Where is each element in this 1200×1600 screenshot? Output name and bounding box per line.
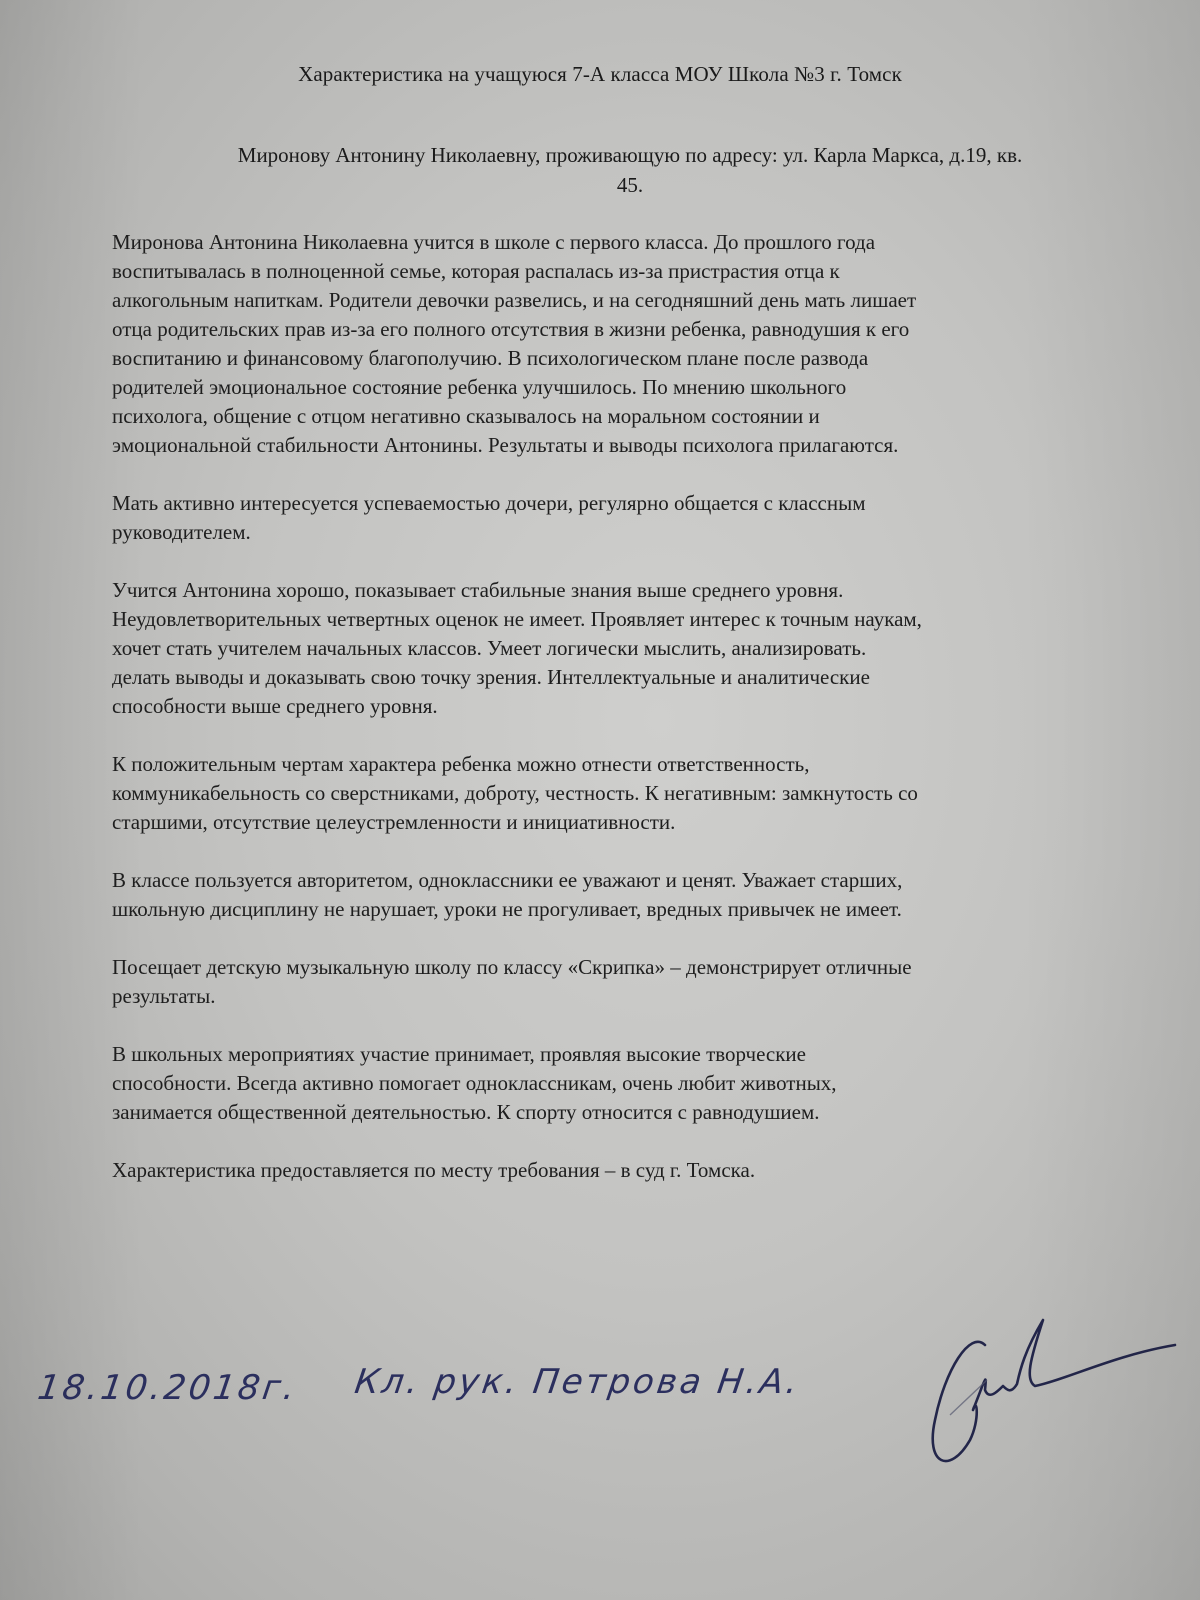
- document-body: Миронова Антонина Николаевна учится в шк…: [112, 228, 1182, 1214]
- student-address-line: Миронову Антонину Николаевну, проживающу…: [120, 140, 1140, 200]
- paragraph-class-standing: В классе пользуется авторитетом, однокла…: [112, 866, 1182, 924]
- paragraph-purpose: Характеристика предоставляется по месту …: [112, 1156, 1182, 1185]
- paragraph-character: К положительным чертам характера ребенка…: [112, 750, 1182, 837]
- paragraph-activities: В школьных мероприятиях участие принимае…: [112, 1040, 1182, 1127]
- paragraph-family: Миронова Антонина Николаевна учится в шк…: [112, 228, 1182, 460]
- handwritten-date: 18.10.2018г.: [35, 1368, 300, 1408]
- handwritten-teacher-name: Кл. рук. Петрова Н.А.: [352, 1362, 803, 1402]
- document-page: Характеристика на учащуюся 7-А класса МО…: [0, 0, 1200, 1600]
- paragraph-academics: Учится Антонина хорошо, показывает стаби…: [112, 576, 1182, 721]
- paragraph-music-school: Посещает детскую музыкальную школу по кл…: [112, 953, 1182, 1011]
- paragraph-mother: Мать активно интересуется успеваемостью …: [112, 489, 1182, 547]
- signature-icon: [925, 1300, 1185, 1480]
- document-title: Характеристика на учащуюся 7-А класса МО…: [0, 62, 1200, 87]
